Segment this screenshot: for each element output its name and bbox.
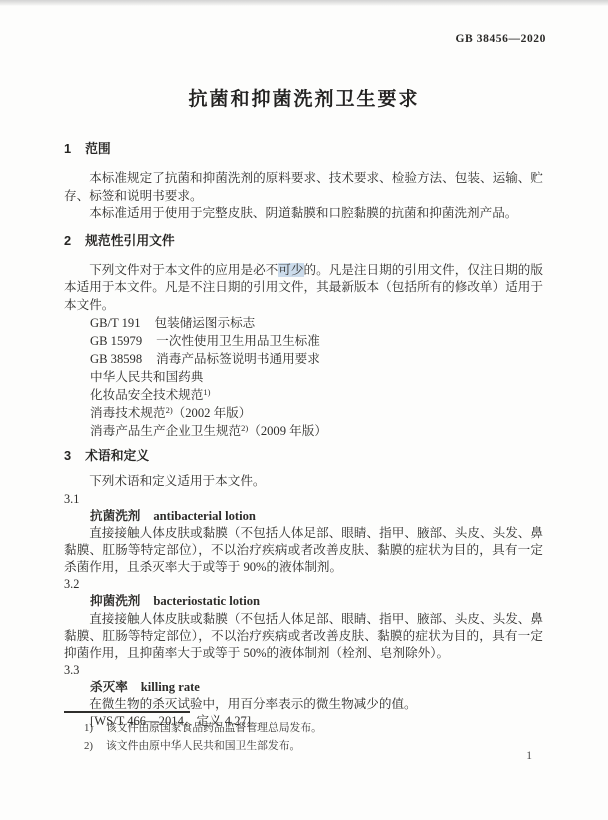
term-name-en: killing rate — [141, 680, 200, 694]
section-3-number: 3 — [64, 448, 71, 463]
reference-item: GB 15979一次性使用卫生用品卫生标准 — [90, 332, 543, 350]
reference-item: GB/T 191包装储运图示标志 — [90, 314, 543, 332]
reference-item: 消毒技术规范2)（2002 年版） — [90, 404, 543, 422]
term-definition: 直接接触人体皮肤或黏膜（不包括人体足部、眼睛、指甲、腋部、头皮、头发、鼻黏膜、肛… — [64, 611, 543, 662]
reference-item: 化妆品安全技术规范1) — [90, 386, 543, 404]
footnote-item: 2)该文件由原中华人民共和国卫生部发布。 — [84, 738, 524, 756]
section-2-number: 2 — [64, 233, 71, 248]
footnote-marker: 1) — [84, 720, 106, 738]
reference-title: 一次性使用卫生用品卫生标准 — [156, 334, 320, 348]
reference-edition: （2002 年版） — [173, 406, 252, 420]
term-title: 杀灭率killing rate — [64, 679, 543, 697]
section-1-heading: 1范围 — [64, 140, 543, 158]
section-2-title: 规范性引用文件 — [85, 233, 175, 248]
footnote-text: 该文件由原国家食品药品监督管理总局发布。 — [106, 722, 322, 734]
footnote-marker-superscript: 1) — [203, 387, 210, 397]
term-name-en: bacteriostatic lotion — [153, 594, 260, 608]
reference-code: GB 38598 — [90, 352, 156, 366]
term-definition: 直接接触人体皮肤或黏膜（不包括人体足部、眼睛、指甲、腋部、头皮、头发、鼻黏膜、肛… — [64, 525, 543, 576]
footnote-text: 该文件由原中华人民共和国卫生部发布。 — [106, 740, 300, 752]
term-name-cn: 抑菌洗剂 — [90, 594, 140, 608]
reference-code: GB/T 191 — [90, 316, 155, 330]
reference-title: 消毒技术规范 — [90, 406, 166, 420]
reference-title: 消毒产品标签说明书通用要求 — [156, 352, 320, 366]
term-number: 3.2 — [64, 576, 543, 593]
normative-intro-paragraph: 下列文件对于本文件的应用是必不可少的。凡是注日期的引用文件，仅注日期的版本适用于… — [64, 262, 543, 315]
reference-title: 化妆品安全技术规范 — [90, 388, 203, 402]
reference-code: GB 15979 — [90, 334, 156, 348]
scope-paragraph-1: 本标准规定了抗菌和抑菌洗剂的原料要求、技术要求、检验方法、包装、运输、贮存、标签… — [64, 170, 543, 205]
term-number: 3.3 — [64, 662, 543, 679]
scan-edge — [0, 0, 608, 6]
reference-item: GB 38598消毒产品标签说明书通用要求 — [90, 350, 543, 368]
document-title: 抗菌和抑菌洗剂卫生要求 — [0, 84, 608, 111]
footnote-item: 1)该文件由原国家食品药品监督管理总局发布。 — [84, 720, 524, 738]
term-name-cn: 杀灭率 — [90, 680, 128, 694]
intro-highlight: 可少 — [278, 263, 303, 277]
footnote-marker: 2) — [84, 738, 106, 756]
reference-item: 中华人民共和国药典 — [90, 368, 543, 386]
section-2-heading: 2规范性引用文件 — [64, 232, 543, 250]
section-3-heading: 3术语和定义 — [64, 447, 543, 465]
footnote-marker-superscript: 2) — [166, 405, 173, 415]
document-page: GB 38456—2020 抗菌和抑菌洗剂卫生要求 1范围 本标准规定了抗菌和抑… — [0, 0, 608, 820]
section-1-number: 1 — [64, 141, 71, 156]
page-number: 1 — [526, 750, 532, 762]
section-1-title: 范围 — [85, 141, 111, 156]
section-3-title: 术语和定义 — [85, 448, 149, 463]
term-name-cn: 抗菌洗剂 — [90, 509, 140, 523]
term-name-en: antibacterial lotion — [153, 509, 256, 523]
reference-title: 中华人民共和国药典 — [90, 370, 203, 384]
reference-item: 消毒产品生产企业卫生规范2)（2009 年版） — [90, 422, 543, 440]
scope-paragraph-2: 本标准适用于使用于完整皮肤、阴道黏膜和口腔黏膜的抗菌和抑菌洗剂产品。 — [64, 205, 543, 223]
reference-list: GB/T 191包装储运图示标志 GB 15979一次性使用卫生用品卫生标准 G… — [64, 314, 543, 440]
footnote-divider — [64, 711, 190, 713]
term-title: 抗菌洗剂antibacterial lotion — [64, 508, 543, 526]
footnotes: 1)该文件由原国家食品药品监督管理总局发布。 2)该文件由原中华人民共和国卫生部… — [84, 720, 524, 755]
standard-code: GB 38456—2020 — [455, 33, 546, 45]
document-body: 1范围 本标准规定了抗菌和抑菌洗剂的原料要求、技术要求、检验方法、包装、运输、贮… — [64, 140, 543, 730]
terms-intro-paragraph: 下列术语和定义适用于本文件。 — [64, 473, 543, 491]
reference-title: 包装储运图示标志 — [155, 316, 256, 330]
reference-edition: （2009 年版） — [248, 424, 327, 438]
reference-title: 消毒产品生产企业卫生规范 — [90, 424, 241, 438]
intro-text-pre: 下列文件对于本文件的应用是必不 — [89, 263, 278, 277]
term-title: 抑菌洗剂bacteriostatic lotion — [64, 593, 543, 611]
term-number: 3.1 — [64, 491, 543, 508]
